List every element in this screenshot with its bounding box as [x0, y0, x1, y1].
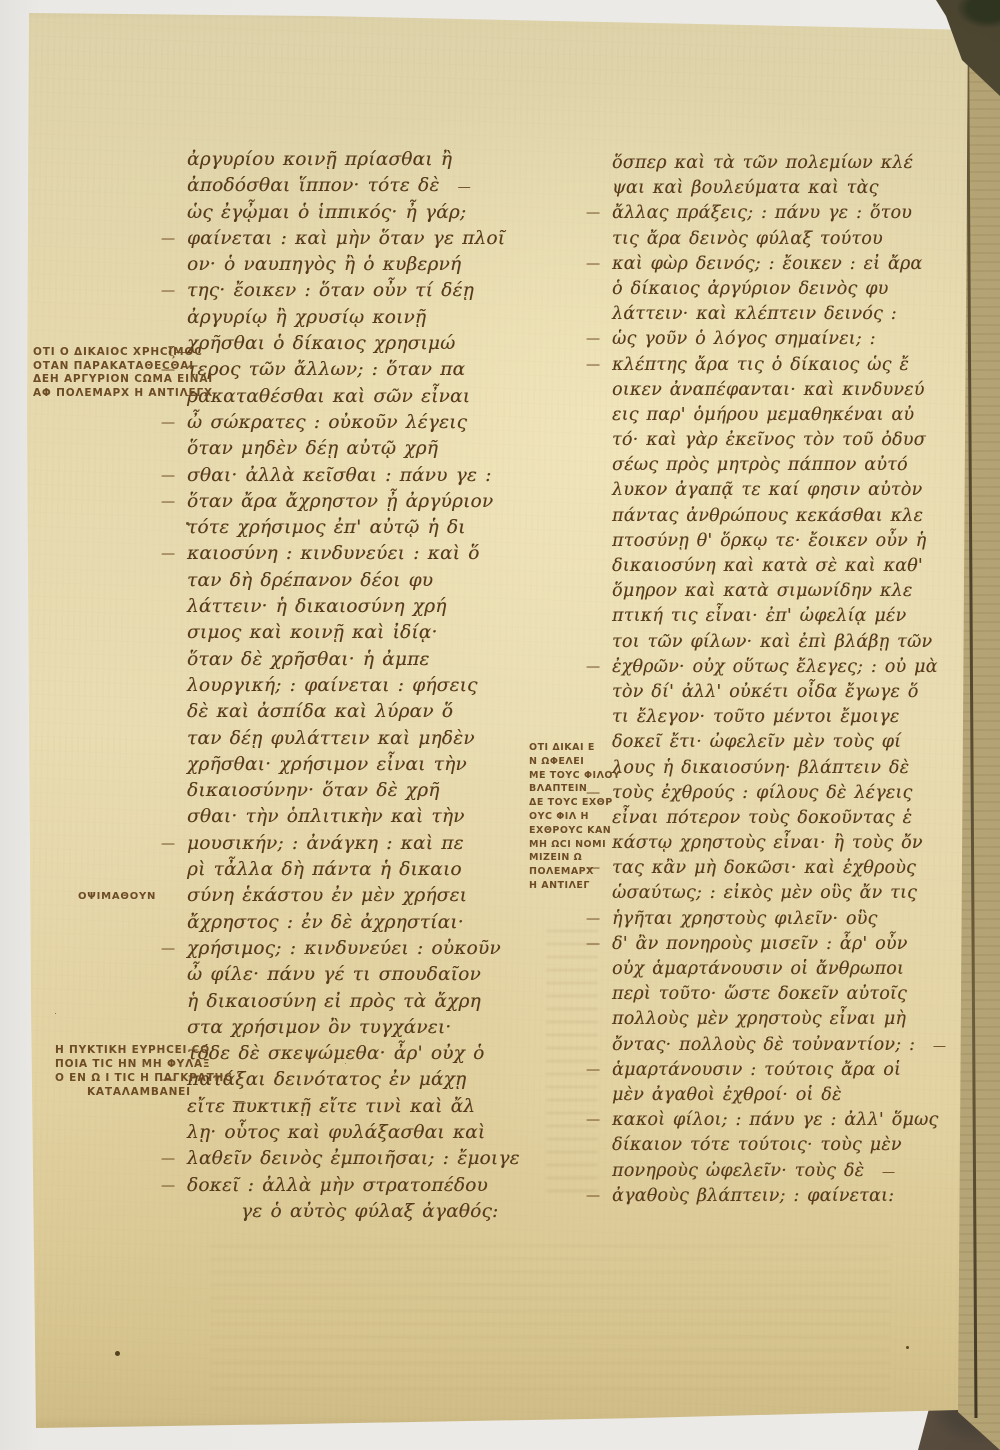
manuscript-line-text: ἀργυρίῳ ἢ χρυσίῳ κοινῇ — [187, 307, 426, 328]
manuscript-line: ὅμηρον καὶ κατὰ σιμωνίδην κλε — [612, 579, 950, 604]
manuscript-line-text: ὡσαύτως; : εἰκὸς μὲν οὓς ἄν τις — [612, 883, 917, 903]
scholion-line: ΔΕ ΤΟΥϹ ΕΧΘΡ — [529, 796, 620, 810]
manuscript-line: καὶ φὼρ δεινός; : ἔοικεν : εἰ ἄρα — [612, 252, 950, 277]
manuscript-line-text: δικαιοσύνην· ὅταν δὲ χρῆ — [187, 780, 440, 801]
manuscript-line: μουσικήν; : ἀνάγκη : καὶ πε — [187, 831, 535, 857]
scholion-line-text: Ν ΩΦΕΛΕΙ — [529, 756, 584, 767]
manuscript-line-text: γε ὁ αὐτὸς φύλαξ ἀγαθός: — [241, 1201, 498, 1222]
manuscript-line-text: τερος τῶν ἄλλων; : ὅταν πα — [187, 359, 465, 380]
manuscript-line: ὄντας· πολλοὺς δὲ τοὐναντίον; : — [612, 1033, 950, 1058]
manuscript-line: τόδε δὲ σκεψώμεθα· ἆρ' οὐχ ὁ — [187, 1041, 535, 1067]
manuscript-line: τό· καὶ γὰρ ἐκεῖνος τὸν τοῦ ὀδυσ — [612, 428, 950, 453]
scholion-mid-left: ΟΨΙΜΑΘΟΥΝ — [78, 891, 156, 902]
scholion-line-text: ΒΛΑΠΤΕΙΝ — [529, 783, 587, 794]
scholion-line: Ο ΕΝ Ω Ι ΤΙϹ Η ΠΑΓΚΡΑΤΗϹ — [55, 1071, 233, 1085]
manuscript-line-text: ταν δὴ δρέπανον δέοι φυ — [187, 570, 433, 591]
manuscript-line-text: πολλοὺς μὲν χρηστοὺς εἶναι μὴ — [612, 1009, 906, 1029]
scholion-line-text: Η ΑΝΤΙΛΕΓ — [529, 880, 590, 891]
scholion-line: ΚΑΤΑΛΑΜΒΑΝΕΙ — [55, 1085, 233, 1099]
manuscript-line-text: χρήσιμος; : κινδυνεύει : οὐκοῦν — [187, 938, 501, 959]
text-column-left: ἀργυρίου κοινῇ πρίασθαι ἢ ἀποδόσθαι ἵππο… — [187, 147, 535, 1225]
manuscript-line-text: ἡ δικαιοσύνη εἰ πρὸς τὰ ἄχρη — [187, 991, 481, 1012]
manuscript-line-text: ἄλλας πράξεις; : πάνυ γε : ὅτου — [612, 203, 912, 223]
manuscript-line-text: ρὶ τἆλλα δὴ πάντα ἡ δικαιο — [187, 859, 462, 880]
scholion-line: ΔΕΗ ΑΡΓΥΡΙΟΝ ϹΩΜΑ ΕΙΝΑΙ — [33, 373, 213, 387]
scholion-line-text: ΜΕ ΤΟΥϹ ΦΙΛΟΥ — [529, 770, 620, 781]
page-crease-line — [966, 28, 977, 1418]
manuscript-line: ἁμαρτάνουσιν : τούτοις ἄρα οἱ — [612, 1058, 950, 1083]
manuscript-line-text: χρῆσθαι ὁ δίκαιος χρησιμώ — [187, 333, 455, 354]
manuscript-line: πάντας ἀνθρώπους κεκάσθαι κλε — [612, 504, 950, 529]
manuscript-line-text: τό· καὶ γὰρ ἐκεῖνος τὸν τοῦ ὀδυσ — [612, 430, 926, 450]
manuscript-line-text: τότε χρήσιμος ἐπ' αὐτῷ ἡ δι — [187, 517, 466, 538]
manuscript-line: στα χρήσιμον ὂν τυγχάνει· — [187, 1015, 535, 1041]
manuscript-line-text: σθαι· τὴν ὁπλιτικὴν καὶ τὴν — [187, 806, 465, 827]
manuscript-line: ὡσαύτως; : εἰκὸς μὲν οὓς ἄν τις — [612, 881, 950, 906]
manuscript-line: ὅσπερ καὶ τὰ τῶν πολεμίων κλέ — [612, 151, 950, 176]
manuscript-line-text: λῃ· οὗτος καὶ φυλάξασθαι καὶ — [187, 1122, 485, 1143]
manuscript-line-text: δικαιοσύνη καὶ κατὰ σὲ καὶ καθ' — [612, 556, 923, 576]
manuscript-line: τις ἄρα δεινὸς φύλαξ τούτου — [612, 227, 950, 252]
manuscript-line: σιμος καὶ κοινῇ καὶ ἰδίᾳ· — [187, 620, 535, 646]
manuscript-line: ὅταν μηδὲν δέῃ αὐτῷ χρῆ — [187, 436, 535, 462]
manuscript-line: σέως πρὸς μητρὸς πάππον αὐτό — [612, 453, 950, 478]
manuscript-line: τι ἔλεγον· τοῦτο μέντοι ἔμοιγε — [612, 705, 950, 730]
manuscript-line: δικαιοσύνη καὶ κατὰ σὲ καὶ καθ' — [612, 554, 950, 579]
manuscript-line-text: πάντας ἀνθρώπους κεκάσθαι κλε — [612, 506, 923, 526]
manuscript-line: πονηροὺς ὠφελεῖν· τοὺς δὲ — [612, 1159, 950, 1184]
scholion-line: ΜΕ ΤΟΥϹ ΦΙΛΟΥ — [529, 769, 620, 783]
manuscript-line-text: ὅταν ἄρα ἄχρηστον ᾖ ἀργύριον — [187, 491, 493, 512]
manuscript-line-text: ὅταν δὲ χρῆσθαι· ἡ ἀμπε — [187, 649, 430, 670]
manuscript-line-text: στα χρήσιμον ὂν τυγχάνει· — [187, 1017, 451, 1038]
manuscript-line-text: ἁμαρτάνουσιν : τούτοις ἄρα οἱ — [612, 1060, 901, 1080]
manuscript-line: ον· ὁ ναυπηγὸς ἢ ὁ κυβερνή — [187, 252, 535, 278]
manuscript-line-text: δοκεῖ : ἀλλὰ μὴν στρατοπέδου — [187, 1175, 488, 1196]
manuscript-line: φαίνεται : καὶ μὴν ὅταν γε πλοῖ — [187, 226, 535, 252]
manuscript-line: πτική τις εἶναι· ἐπ' ὠφελίᾳ μέν — [612, 604, 950, 629]
manuscript-line-text: εις παρ' ὁμήρου μεμαθηκέναι αὐ — [612, 405, 914, 425]
manuscript-line-text: ψαι καὶ βουλεύματα καὶ τὰς — [612, 178, 879, 198]
manuscript-line: τας κἂν μὴ δοκῶσι· καὶ ἐχθροὺς — [612, 856, 950, 881]
manuscript-line-text: φαίνεται : καὶ μὴν ὅταν γε πλοῖ — [187, 228, 505, 249]
manuscript-line: ὅταν δὲ χρῆσθαι· ἡ ἀμπε — [187, 647, 535, 673]
scholion-line: ΜΗ ΩϹΙ ΝΟΜΙ — [529, 838, 620, 852]
manuscript-line: λουργική; : φαίνεται : φήσεις — [187, 673, 535, 699]
manuscript-line-text: πονηροὺς ὠφελεῖν· τοὺς δὲ — [612, 1161, 864, 1181]
scholion-line: ΠΟΛΕΜΑΡΧ — [529, 865, 620, 879]
manuscript-line-text: ἡγῆται χρηστοὺς φιλεῖν· οὓς — [612, 909, 878, 929]
manuscript-line-text: τὸν δί' ἀλλ' οὐκέτι οἶδα ἔγωγε ὅ — [612, 682, 919, 702]
manuscript-line: λους ἡ δικαιοσύνη· βλάπτειν δὲ — [612, 756, 950, 781]
manuscript-line: ἀποδόσθαι ἵππον· τότε δὲ — [187, 173, 535, 199]
scholion-line: ΟΤΙ ΔΙΚΑΙ Ε — [529, 741, 620, 755]
manuscript-line: ἄλλας πράξεις; : πάνυ γε : ὅτου — [612, 201, 950, 226]
manuscript-line-text: δ' ἂν πονηροὺς μισεῖν : ἆρ' οὖν — [612, 934, 908, 954]
manuscript-line-text: χρῆσθαι· χρήσιμον εἶναι τὴν — [187, 754, 467, 775]
manuscript-line: δίκαιον τότε τούτοις· τοὺς μὲν — [612, 1133, 950, 1158]
scholion-dash-mark: — — [186, 388, 199, 403]
manuscript-line: ὁ δίκαιος ἀργύριον δεινὸς φυ — [612, 277, 950, 302]
manuscript-line-text: λάττειν· ἡ δικαιοσύνη χρή — [187, 596, 447, 617]
manuscript-line: ἐχθρῶν· οὐχ οὕτως ἔλεγες; : οὐ μὰ — [612, 655, 950, 680]
verso-showthrough-bottom — [210, 1245, 890, 1395]
manuscript-line: τότε χρήσιμος ἐπ' αὐτῷ ἡ δι — [187, 515, 535, 541]
scholion-line-text: ΕΧΘΡΟΥϹ ΚΑΝ — [529, 825, 611, 836]
scholion-line: Ν ΩΦΕΛΕΙ — [529, 755, 620, 769]
scholion-line-text: ΚΑΤΑΛΑΜΒΑΝΕΙ — [87, 1086, 191, 1098]
scholion-line: ΜΙΖΕΙΝ Ω — [529, 851, 620, 865]
manuscript-line-text: μὲν ἀγαθοὶ ἐχθροί· οἱ δὲ — [612, 1085, 842, 1105]
scholion-line-text: ΜΗ ΩϹΙ ΝΟΜΙ — [529, 839, 606, 850]
scholion-line: ΟΥϹ ΦΙΛ Η — [529, 810, 620, 824]
manuscript-line-text: καὶ φὼρ δεινός; : ἔοικεν : εἰ ἄρα — [612, 254, 922, 274]
manuscript-line: περὶ τοῦτο· ὥστε δοκεῖν αὐτοῖς — [612, 982, 950, 1007]
manuscript-line-text: ὡς γοῦν ὁ λόγος σημαίνει; : — [612, 329, 876, 349]
manuscript-line-text: ἄχρηστος : ἐν δὲ ἀχρηστίαι· — [187, 912, 464, 933]
manuscript-line: τερος τῶν ἄλλων; : ὅταν πα — [187, 357, 535, 383]
manuscript-line-text: ὅμηρον καὶ κατὰ σιμωνίδην κλε — [612, 581, 912, 601]
manuscript-line-text: σέως πρὸς μητρὸς πάππον αὐτό — [612, 455, 908, 475]
manuscript-line: της· ἔοικεν : ὅταν οὖν τί δέῃ — [187, 278, 535, 304]
manuscript-line: λῃ· οὗτος καὶ φυλάξασθαι καὶ — [187, 1120, 535, 1146]
manuscript-line: δὲ καὶ ἀσπίδα καὶ λύραν ὅ — [187, 699, 535, 725]
manuscript-line: μὲν ἀγαθοὶ ἐχθροί· οἱ δὲ — [612, 1083, 950, 1108]
manuscript-line-text: ὦ φίλε· πάνυ γέ τι σπουδαῖον — [187, 964, 481, 985]
manuscript-line: γε ὁ αὐτὸς φύλαξ ἀγαθός: — [187, 1199, 535, 1225]
manuscript-line: λάττειν· ἡ δικαιοσύνη χρή — [187, 594, 535, 620]
manuscript-line: σύνη ἑκάστου ἐν μὲν χρήσει — [187, 883, 535, 909]
manuscript-line-text: ταν δέῃ φυλάττειν καὶ μηδὲν — [187, 728, 475, 749]
manuscript-line: λυκον ἀγαπᾷ τε καί φησιν αὐτὸν — [612, 478, 950, 503]
manuscript-line: χρῆσθαι ὁ δίκαιος χρησιμώ — [187, 331, 535, 357]
manuscript-line-text: μουσικήν; : ἀνάγκη : καὶ πε — [187, 833, 464, 854]
manuscript-line: δικαιοσύνην· ὅταν δὲ χρῆ — [187, 778, 535, 804]
manuscript-line: εἶναι πότερον τοὺς δοκοῦντας ἑ — [612, 806, 950, 831]
manuscript-line-text: ον· ὁ ναυπηγὸς ἢ ὁ κυβερνή — [187, 254, 461, 275]
manuscript-line: χρήσιμος; : κινδυνεύει : οὐκοῦν — [187, 936, 535, 962]
manuscript-line: ψαι καὶ βουλεύματα καὶ τὰς — [612, 176, 950, 201]
scholion-dash-mark: — — [232, 1094, 245, 1109]
manuscript-line: χρῆσθαι· χρήσιμον εἶναι τὴν — [187, 752, 535, 778]
manuscript-line: ὡς ἐγᾦμαι ὁ ἱππικός· ἦ γάρ; — [187, 200, 535, 226]
manuscript-line: πατάξαι δεινότατος ἐν μάχῃ — [187, 1067, 535, 1093]
scholion-line-text: ΔΕ ΤΟΥϹ ΕΧΘΡ — [529, 797, 613, 808]
manuscript-line-text: κάστῳ χρηστοὺς εἶναι· ἢ τοὺς ὄν — [612, 833, 923, 853]
manuscript-line: τὸν δί' ἀλλ' οὐκέτι οἶδα ἔγωγε ὅ — [612, 680, 950, 705]
manuscript-line: πτοσύνῃ θ' ὅρκῳ τε· ἔοικεν οὖν ἡ — [612, 529, 950, 554]
scholion-line-text: Η ΠΥΚΤΙΚΗ ΕΥΡΗϹΕΙ ϹΟ — [55, 1044, 210, 1056]
manuscript-line: λαθεῖν δεινὸς ἐμποιῆσαι; : ἔμοιγε — [187, 1146, 535, 1172]
manuscript-line: λάττειν· καὶ κλέπτειν δεινός : — [612, 302, 950, 327]
text-column-right: ὅσπερ καὶ τὰ τῶν πολεμίων κλέ ψαι καὶ βο… — [612, 151, 950, 1209]
manuscript-line: ὡς γοῦν ὁ λόγος σημαίνει; : — [612, 327, 950, 352]
manuscript-line: ταν δὴ δρέπανον δέοι φυ — [187, 568, 535, 594]
manuscript-line-text: ὅταν μηδὲν δέῃ αὐτῷ χρῆ — [187, 438, 438, 459]
reference-sign: ζ— — [168, 345, 188, 360]
scholion-line-text: Ο ΕΝ Ω Ι ΤΙϹ Η ΠΑΓΚΡΑΤΗϹ — [55, 1072, 233, 1084]
manuscript-line-text: εἶναι πότερον τοὺς δοκοῦντας ἑ — [612, 808, 912, 828]
manuscript-line: δ' ἂν πονηροὺς μισεῖν : ἆρ' οὖν — [612, 932, 950, 957]
manuscript-line: καιοσύνη : κινδυνεύει : καὶ ὅ — [187, 541, 535, 567]
manuscript-line-text: πτοσύνῃ θ' ὅρκῳ τε· ἔοικεν οὖν ἡ — [612, 531, 926, 551]
manuscript-line-text: δὲ καὶ ἀσπίδα καὶ λύραν ὅ — [187, 701, 453, 722]
manuscript-line-text: ἀγαθοὺς βλάπτειν; : φαίνεται: — [612, 1186, 894, 1206]
manuscript-line-text: τις ἄρα δεινὸς φύλαξ τούτου — [612, 229, 883, 249]
manuscript-line: ἀργυρίῳ ἢ χρυσίῳ κοινῇ — [187, 305, 535, 331]
manuscript-line: ταν δέῃ φυλάττειν καὶ μηδὲν — [187, 726, 535, 752]
manuscript-line: ὅταν ἄρα ἄχρηστον ᾖ ἀργύριον — [187, 489, 535, 515]
ink-specks — [115, 1351, 120, 1356]
scholion-line: ΕΧΘΡΟΥϹ ΚΑΝ — [529, 824, 620, 838]
manuscript-line-text: σιμος καὶ κοινῇ καὶ ἰδίᾳ· — [187, 622, 438, 643]
manuscript-line: ρακαταθέσθαι καὶ σῶν εἶναι — [187, 384, 535, 410]
manuscript-line: κλέπτης ἄρα τις ὁ δίκαιος ὡς ἔ — [612, 353, 950, 378]
manuscript-line-text: της· ἔοικεν : ὅταν οὖν τί δέῃ — [187, 280, 474, 301]
manuscript-line-text: λάττειν· καὶ κλέπτειν δεινός : — [612, 304, 897, 324]
manuscript-line: οὐχ ἁμαρτάνουσιν οἱ ἄνθρωποι — [612, 957, 950, 982]
manuscript-line: ρὶ τἆλλα δὴ πάντα ἡ δικαιο — [187, 857, 535, 883]
manuscript-line-text: κακοὶ φίλοι; : πάνυ γε : ἀλλ' ὅμως — [612, 1110, 938, 1130]
manuscript-line-text: ὁ δίκαιος ἀργύριον δεινὸς φυ — [612, 279, 888, 299]
manuscript-line: δοκεῖ : ἀλλὰ μὴν στρατοπέδου — [187, 1173, 535, 1199]
manuscript-line: ἄχρηστος : ἐν δὲ ἀχρηστίαι· — [187, 910, 535, 936]
scholion-line: Η ΠΥΚΤΙΚΗ ΕΥΡΗϹΕΙ ϹΟ — [55, 1043, 233, 1057]
manuscript-line: ἀγαθοὺς βλάπτειν; : φαίνεται: — [612, 1184, 950, 1209]
manuscript-line: πολλοὺς μὲν χρηστοὺς εἶναι μὴ — [612, 1007, 950, 1032]
manuscript-line-text: ἀποδόσθαι ἵππον· τότε δὲ — [187, 175, 439, 196]
parchment-page: ἀργυρίου κοινῇ πρίασθαι ἢ ἀποδόσθαι ἵππο… — [0, 0, 1000, 1450]
manuscript-line: εις παρ' ὁμήρου μεμαθηκέναι αὐ — [612, 403, 950, 428]
manuscript-line-text: δοκεῖ ἔτι· ὠφελεῖν μὲν τοὺς φί — [612, 732, 901, 752]
scholion-line-text: ΠΟΛΕΜΑΡΧ — [529, 866, 594, 877]
photograph-background: ἀργυρίου κοινῇ πρίασθαι ἢ ἀποδόσθαι ἵππο… — [0, 0, 1000, 1450]
manuscript-line-text: οὐχ ἁμαρτάνουσιν οἱ ἄνθρωποι — [612, 959, 904, 979]
manuscript-line-text: ὡς ἐγᾦμαι ὁ ἱππικός· ἦ γάρ; — [187, 202, 466, 223]
scholion-line: ΟΤΑΝ ΠΑΡΑΚΑΤΑΘΕϹΘΑΙ — [33, 360, 213, 374]
scholion-line-text: ΔΕΗ ΑΡΓΥΡΙΟΝ ϹΩΜΑ ΕΙΝΑΙ — [33, 373, 213, 385]
manuscript-line-text: οικεν ἀναπέφανται· καὶ κινδυνεύ — [612, 380, 925, 400]
manuscript-line-text: ἐχθρῶν· οὐχ οὕτως ἔλεγες; : οὐ μὰ — [612, 657, 938, 677]
manuscript-line: σθαι· ἀλλὰ κεῖσθαι : πάνυ γε : — [187, 463, 535, 489]
manuscript-line: κάστῳ χρηστοὺς εἶναι· ἢ τοὺς ὄν — [612, 831, 950, 856]
manuscript-line: σθαι· τὴν ὁπλιτικὴν καὶ τὴν — [187, 804, 535, 830]
manuscript-line: τοι τῶν φίλων· καὶ ἐπὶ βλάβῃ τῶν — [612, 630, 950, 655]
scholion-line: Η ΑΝΤΙΛΕΓ — [529, 879, 620, 893]
manuscript-line: δοκεῖ ἔτι· ὠφελεῖν μὲν τοὺς φί — [612, 730, 950, 755]
manuscript-line-text: λουργική; : φαίνεται : φήσεις — [187, 675, 478, 696]
scholion-line: ΒΛΑΠΤΕΙΝ — [529, 782, 620, 796]
manuscript-line-text: ὦ σώκρατες : οὐκοῦν λέγεις — [187, 412, 467, 433]
manuscript-line-text: πτική τις εἶναι· ἐπ' ὠφελίᾳ μέν — [612, 606, 906, 626]
manuscript-line: ὦ φίλε· πάνυ γέ τι σπουδαῖον — [187, 962, 535, 988]
manuscript-line: ὦ σώκρατες : οὐκοῦν λέγεις — [187, 410, 535, 436]
manuscript-line: κακοὶ φίλοι; : πάνυ γε : ἀλλ' ὅμως — [612, 1108, 950, 1133]
manuscript-line-text: περὶ τοῦτο· ὥστε δοκεῖν αὐτοῖς — [612, 984, 907, 1004]
manuscript-line-text: τοὺς ἐχθρούς : φίλους δὲ λέγεις — [612, 783, 912, 803]
scholion-bottom-left: Η ΠΥΚΤΙΚΗ ΕΥΡΗϹΕΙ ϹΟ ΠΟΙΑ ΤΙϹ ΗΝ ΜΗ ΦΥΛΑ… — [55, 1043, 233, 1099]
manuscript-line-text: σύνη ἑκάστου ἐν μὲν χρήσει — [187, 885, 467, 906]
manuscript-line: ἡγῆται χρηστοὺς φιλεῖν· οὓς — [612, 907, 950, 932]
scholion-line-text: ΟΤΑΝ ΠΑΡΑΚΑΤΑΘΕϹΘΑΙ — [33, 360, 194, 372]
manuscript-line-text: δίκαιον τότε τούτοις· τοὺς μὲν — [612, 1135, 902, 1155]
manuscript-line: ἡ δικαιοσύνη εἰ πρὸς τὰ ἄχρη — [187, 989, 535, 1015]
manuscript-line-text: ὄντας· πολλοὺς δὲ τοὐναντίον; : — [612, 1035, 915, 1055]
scholion-line: ΠΟΙΑ ΤΙϹ ΗΝ ΜΗ ΦΥΛΑΞ — [55, 1057, 233, 1071]
manuscript-line: οικεν ἀναπέφανται· καὶ κινδυνεύ — [612, 378, 950, 403]
manuscript-line-text: ρακαταθέσθαι καὶ σῶν εἶναι — [187, 386, 470, 407]
scholion-between-columns: ΟΤΙ ΔΙΚΑΙ Ε Ν ΩΦΕΛΕΙ ΜΕ ΤΟΥϹ ΦΙΛΟΥ ΒΛΑΠΤ… — [529, 741, 620, 893]
scholion-line-text: ΠΟΙΑ ΤΙϹ ΗΝ ΜΗ ΦΥΛΑΞ — [55, 1058, 210, 1070]
manuscript-line-text: λους ἡ δικαιοσύνη· βλάπτειν δὲ — [612, 758, 909, 778]
manuscript-line-text: λυκον ἀγαπᾷ τε καί φησιν αὐτὸν — [612, 480, 922, 500]
manuscript-line: ἀργυρίου κοινῇ πρίασθαι ἢ — [187, 147, 535, 173]
manuscript-line-text: τας κἂν μὴ δοκῶσι· καὶ ἐχθροὺς — [612, 858, 916, 878]
manuscript-line-text: τι ἔλεγον· τοῦτο μέντοι ἔμοιγε — [612, 707, 899, 727]
manuscript-line-text: σθαι· ἀλλὰ κεῖσθαι : πάνυ γε : — [187, 465, 492, 486]
scholion-line-text: ΟΥϹ ΦΙΛ Η — [529, 811, 589, 822]
manuscript-line-text: ὅσπερ καὶ τὰ τῶν πολεμίων κλέ — [612, 153, 913, 173]
manuscript-line: τοὺς ἐχθρούς : φίλους δὲ λέγεις — [612, 781, 950, 806]
scholion-line-text: ΜΙΖΕΙΝ Ω — [529, 852, 582, 863]
scholion-line-text: ΟΤΙ ΔΙΚΑΙ Ε — [529, 742, 595, 753]
manuscript-line-text: καιοσύνη : κινδυνεύει : καὶ ὅ — [187, 543, 480, 564]
manuscript-line-text: τοι τῶν φίλων· καὶ ἐπὶ βλάβῃ τῶν — [612, 632, 932, 652]
manuscript-line-text: ἀργυρίου κοινῇ πρίασθαι ἢ — [187, 149, 452, 170]
manuscript-line-text: κλέπτης ἄρα τις ὁ δίκαιος ὡς ἔ — [612, 355, 909, 375]
manuscript-line-text: λαθεῖν δεινὸς ἐμποιῆσαι; : ἔμοιγε — [187, 1148, 520, 1169]
